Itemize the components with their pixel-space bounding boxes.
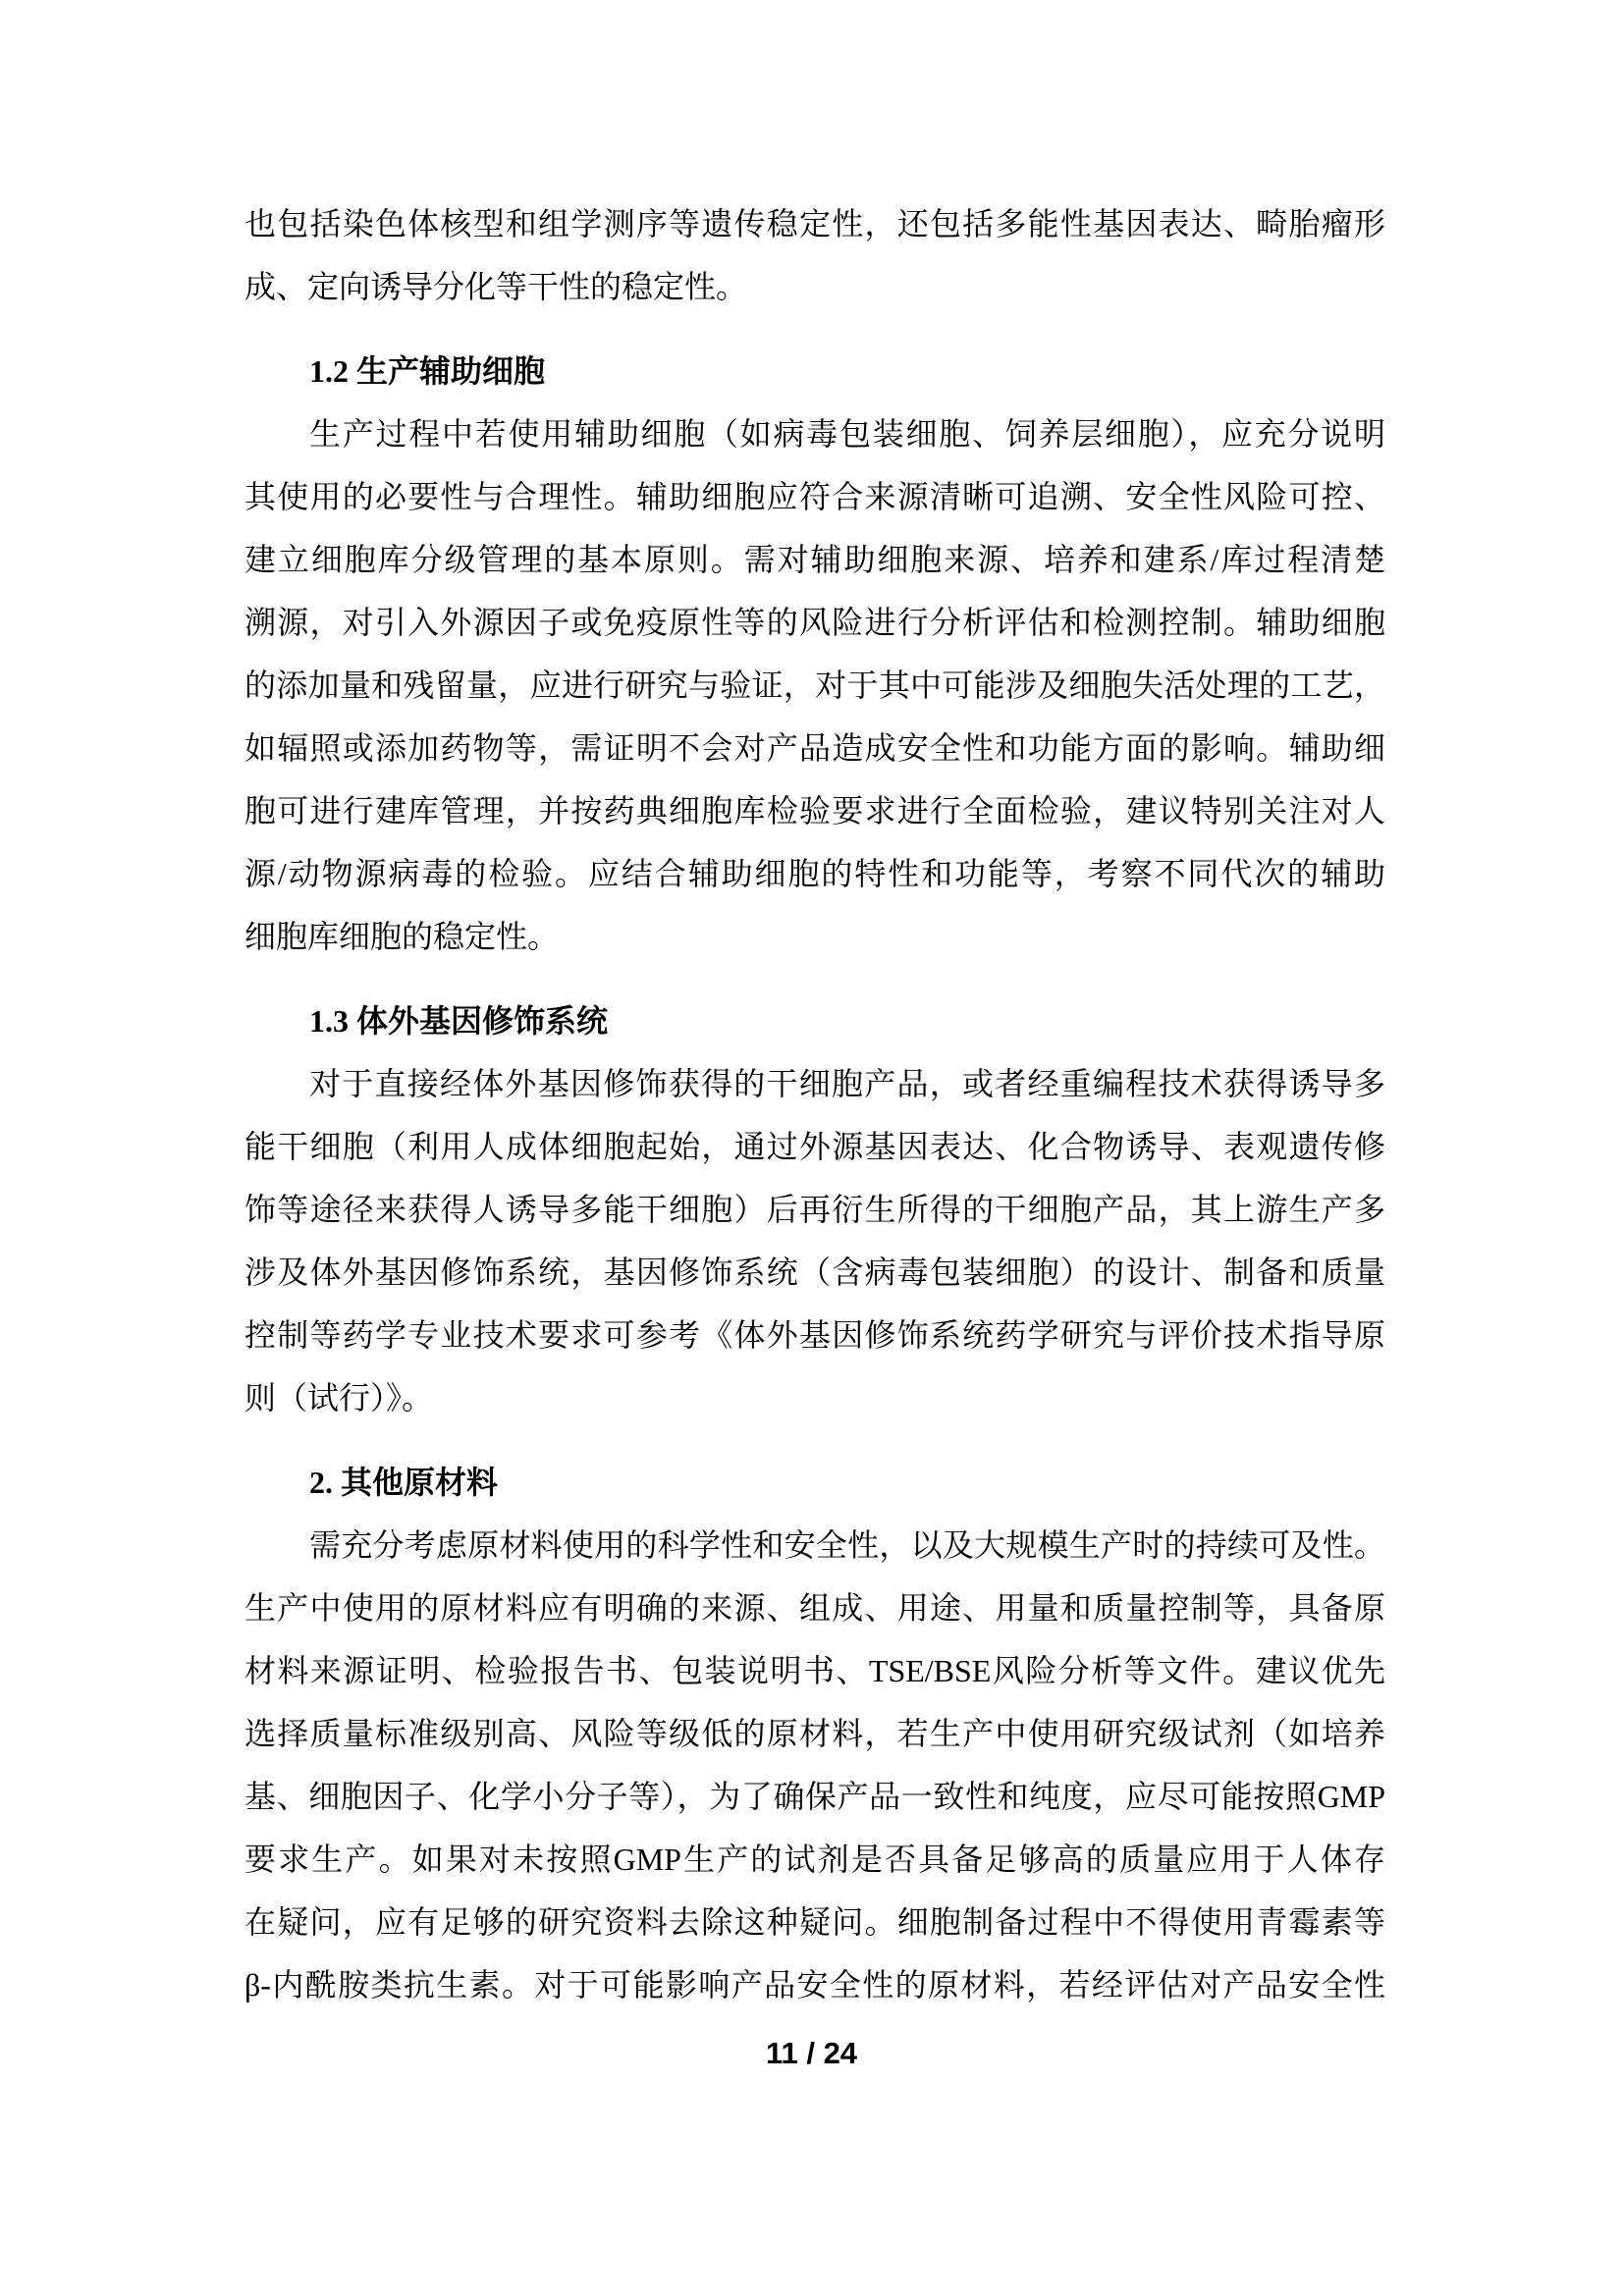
text-line: 对于直接经体外基因修饰获得的干细胞产品，或者经重编程技术获得诱导多 [244, 1052, 1385, 1115]
text-line: 选择质量标准级别高、风险等级低的原材料，若生产中使用研究级试剂（如培养 [244, 1702, 1385, 1765]
text-line: 要求生产。如果对未按照GMP生产的试剂是否具备足够高的质量应用于人体存 [244, 1828, 1385, 1891]
text-line: 能干细胞（利用人成体细胞起始，通过外源基因表达、化合物诱导、表观遗传修 [244, 1115, 1385, 1178]
text-line: β-内酰胺类抗生素。对于可能影响产品安全性的原材料，若经评估对产品安全性 [244, 1953, 1385, 2016]
text-line: 也包括染色体核型和组学测序等遗传稳定性，还包括多能性基因表达、畸胎瘤形 [244, 192, 1385, 255]
text-line: 材料来源证明、检验报告书、包装说明书、TSE/BSE风险分析等文件。建议优先 [244, 1639, 1385, 1702]
page-number: 11 / 24 [766, 2036, 857, 2070]
text-line: 需充分考虑原材料使用的科学性和安全性，以及大规模生产时的持续可及性。 [244, 1514, 1385, 1576]
text-line: 其使用的必要性与合理性。辅助细胞应符合来源清晰可追溯、安全性风险可控、 [244, 465, 1385, 528]
page-footer: 11 / 24 [0, 2034, 1623, 2073]
text-line: 生产中使用的原材料应有明确的来源、组成、用途、用量和质量控制等，具备原 [244, 1576, 1385, 1639]
text-line: 饰等途径来获得人诱导多能干细胞）后再衍生所得的干细胞产品，其上游生产多 [244, 1178, 1385, 1241]
document-page: 也包括染色体核型和组学测序等遗传稳定性，还包括多能性基因表达、畸胎瘤形成、定向诱… [0, 0, 1623, 2296]
text-line: 在疑问，应有足够的研究资料去除这种疑问。细胞制备过程中不得使用青霉素等 [244, 1891, 1385, 1953]
text-line: 涉及体外基因修饰系统，基因修饰系统（含病毒包装细胞）的设计、制备和质量 [244, 1241, 1385, 1304]
section-heading: 1.3 体外基因修饰系统 [244, 989, 1385, 1052]
document-body: 也包括染色体核型和组学测序等遗传稳定性，还包括多能性基因表达、畸胎瘤形成、定向诱… [244, 192, 1385, 2016]
text-line: 如辐照或添加药物等，需证明不会对产品造成安全性和功能方面的影响。辅助细 [244, 717, 1385, 779]
text-line: 胞可进行建库管理，并按药典细胞库检验要求进行全面检验，建议特别关注对人 [244, 779, 1385, 842]
text-line: 溯源，对引入外源因子或免疫原性等的风险进行分析评估和检测控制。辅助细胞 [244, 591, 1385, 654]
section-heading: 2. 其他原材料 [244, 1451, 1385, 1514]
text-line: 则（试行）》。 [244, 1366, 1385, 1429]
text-line: 控制等药学专业技术要求可参考《体外基因修饰系统药学研究与评价技术指导原 [244, 1304, 1385, 1366]
section-heading: 1.2 生产辅助细胞 [244, 340, 1385, 402]
text-line: 源/动物源病毒的检验。应结合辅助细胞的特性和功能等，考察不同代次的辅助 [244, 842, 1385, 905]
text-line: 生产过程中若使用辅助细胞（如病毒包装细胞、饲养层细胞），应充分说明 [244, 402, 1385, 465]
text-line: 建立细胞库分级管理的基本原则。需对辅助细胞来源、培养和建系/库过程清楚 [244, 528, 1385, 591]
text-line: 基、细胞因子、化学小分子等），为了确保产品一致性和纯度，应尽可能按照GMP [244, 1765, 1385, 1828]
text-line: 成、定向诱导分化等干性的稳定性。 [244, 255, 1385, 318]
text-line: 细胞库细胞的稳定性。 [244, 905, 1385, 968]
text-line: 的添加量和残留量，应进行研究与验证，对于其中可能涉及细胞失活处理的工艺， [244, 654, 1385, 717]
